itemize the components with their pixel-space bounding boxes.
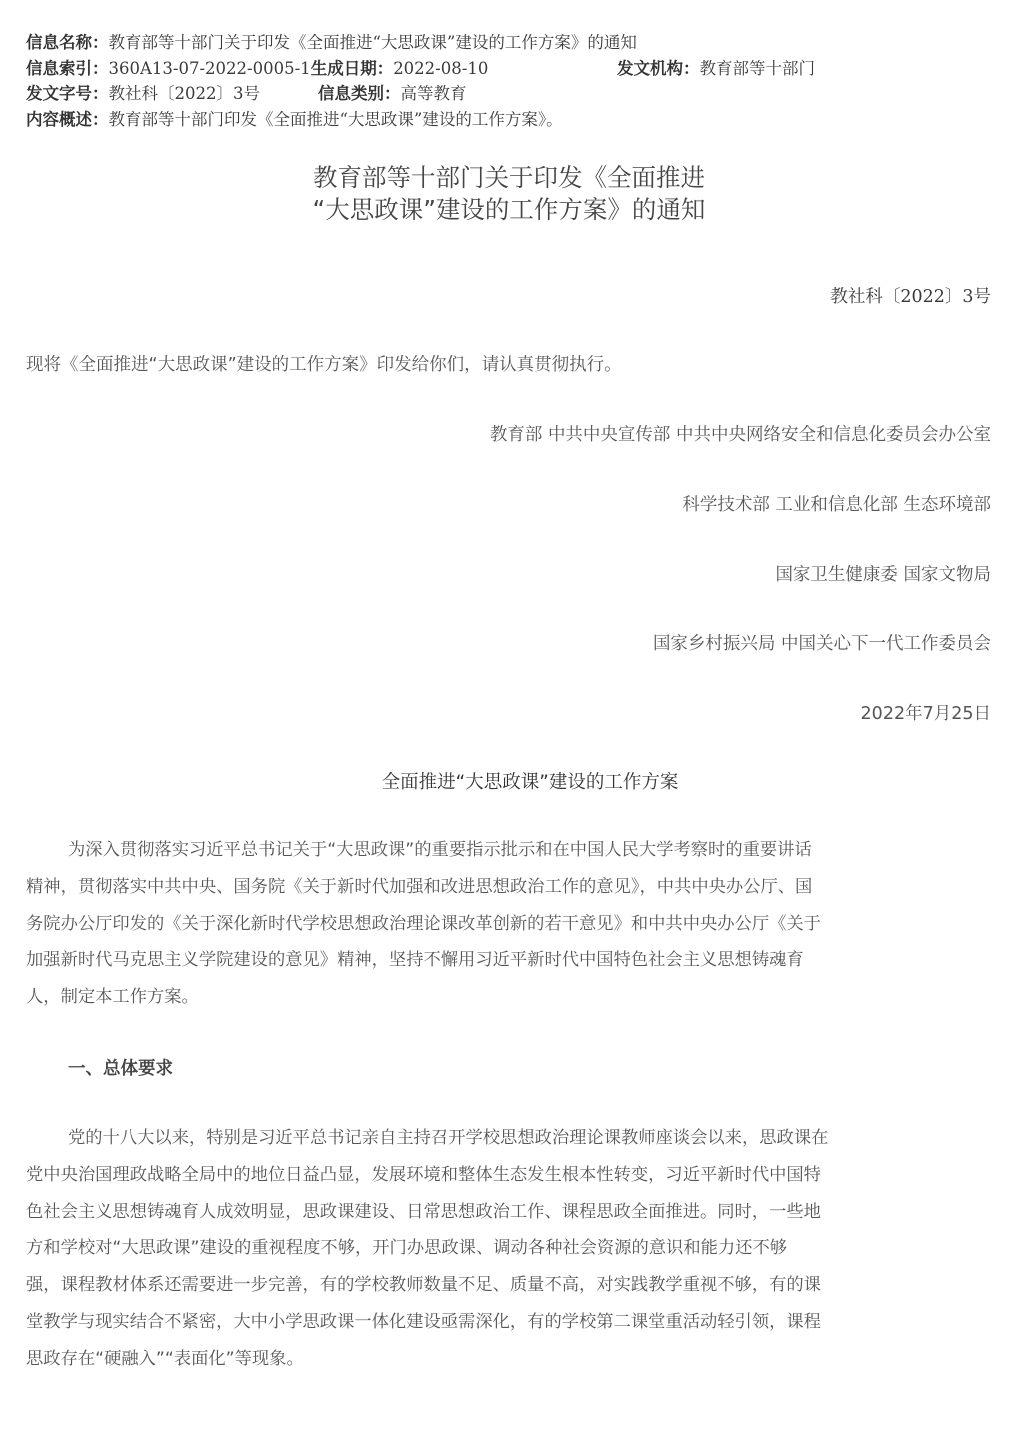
- signatory-line: 科学技术部 工业和信息化部 生态环境部: [682, 491, 991, 516]
- meta-row-name: 信息名称：教育部等十部门关于印发《全面推进“大思政课”建设的工作方案》的通知: [26, 30, 637, 56]
- meta-index-label: 信息索引：: [26, 59, 109, 78]
- meta-row-index: 信息索引：360A13-07-2022-0005-1生成日期：2022-08-1…: [26, 56, 637, 82]
- signatory-line: 教育部 中共中央宣传部 中共中央网络安全和信息化委员会办公室: [490, 421, 991, 446]
- meta-row-docno: 发文字号：教社科〔2022〕3号 信息类别：高等教育: [26, 81, 637, 107]
- paragraph-line: 党中央治国理政战略全局中的地位日益凸显，发展环境和整体生态发生根本性转变，习近平…: [26, 1157, 992, 1194]
- paragraph-line: 强，课程教材体系还需要进一步完善，有的学校教师数量不足、质量不高，对实践教学重视…: [26, 1267, 992, 1304]
- meta-summary-label: 内容概述：: [26, 110, 109, 129]
- meta-date-value: 2022-08-10: [393, 59, 488, 78]
- signing-date: 2022年7月25日: [861, 700, 991, 725]
- paragraph-line: 党的十八大以来，特别是习近平总书记亲自主持召开学校思想政治理论课教师座谈会以来，…: [26, 1120, 992, 1157]
- document-title: 教育部等十部门关于印发《全面推进 “大思政课”建设的工作方案》的通知: [0, 162, 1018, 226]
- section-heading: 一、总体要求: [68, 1055, 173, 1080]
- paragraph-line: 务院办公厅印发的《关于深化新时代学校思想政治理论课改革创新的若干意见》和中共中央…: [26, 906, 992, 943]
- paragraph-line: 为深入贯彻落实习近平总书记关于“大思政课”的重要指示批示和在中国人民大学考察时的…: [26, 832, 992, 869]
- meta-docno-label: 发文字号：: [26, 84, 109, 103]
- meta-category-label: 信息类别：: [318, 84, 401, 103]
- paragraph-line: 方和学校对“大思政课”建设的重视程度不够，开门办思政课、调动各种社会资源的意识和…: [26, 1230, 992, 1267]
- meta-category-value: 高等教育: [401, 84, 467, 103]
- meta-name-value: 教育部等十部门关于印发《全面推进“大思政课”建设的工作方案》的通知: [109, 33, 637, 52]
- title-line-2: “大思政课”建设的工作方案》的通知: [0, 194, 1018, 226]
- document-number: 教社科〔2022〕3号: [830, 283, 991, 308]
- paragraph-line: 人，制定本工作方案。: [26, 979, 992, 1016]
- meta-summary-value: 教育部等十部门印发《全面推进“大思政课”建设的工作方案》。: [109, 110, 563, 129]
- paragraph-preamble: 为深入贯彻落实习近平总书记关于“大思政课”的重要指示批示和在中国人民大学考察时的…: [26, 832, 992, 1016]
- meta-name-label: 信息名称：: [26, 33, 109, 52]
- paragraph-line: 思政存在“硬融入”“表面化”等现象。: [26, 1341, 992, 1378]
- paragraph-line: 堂教学与现实结合不紧密，大中小学思政课一体化建设亟需深化，有的学校第二课堂重活动…: [26, 1304, 992, 1341]
- meta-issuer-label: 发文机构：: [617, 59, 700, 78]
- meta-issuer-value: 教育部等十部门: [700, 59, 816, 78]
- paragraph-line: 精神，贯彻落实中共中央、国务院《关于新时代加强和改进思想政治工作的意见》，中共中…: [26, 869, 992, 906]
- signatory-line: 国家卫生健康委 国家文物局: [775, 561, 991, 586]
- paragraph-overview: 党的十八大以来，特别是习近平总书记亲自主持召开学校思想政治理论课教师座谈会以来，…: [26, 1120, 992, 1378]
- signatory-line: 国家乡村振兴局 中国关心下一代工作委员会: [653, 630, 991, 655]
- meta-date-label: 生成日期：: [311, 59, 394, 78]
- title-line-1: 教育部等十部门关于印发《全面推进: [0, 162, 1018, 194]
- document-metadata: 信息名称：教育部等十部门关于印发《全面推进“大思政课”建设的工作方案》的通知 信…: [26, 30, 637, 132]
- meta-index-value: 360A13-07-2022-0005-1: [109, 59, 311, 78]
- paragraph-line: 加强新时代马克思主义学院建设的意见》精神，坚持不懈用习近平新时代中国特色社会主义…: [26, 942, 992, 979]
- intro-text: 现将《全面推进“大思政课”建设的工作方案》印发给你们，请认真贯彻执行。: [26, 351, 622, 376]
- meta-row-summary: 内容概述：教育部等十部门印发《全面推进“大思政课”建设的工作方案》。: [26, 107, 637, 133]
- paragraph-line: 色社会主义思想铸魂育人成效明显，思政课建设、日常思想政治工作、课程思政全面推进。…: [26, 1194, 992, 1231]
- meta-docno-value: 教社科〔2022〕3号: [109, 84, 261, 103]
- plan-title: 全面推进“大思政课”建设的工作方案: [0, 768, 1018, 794]
